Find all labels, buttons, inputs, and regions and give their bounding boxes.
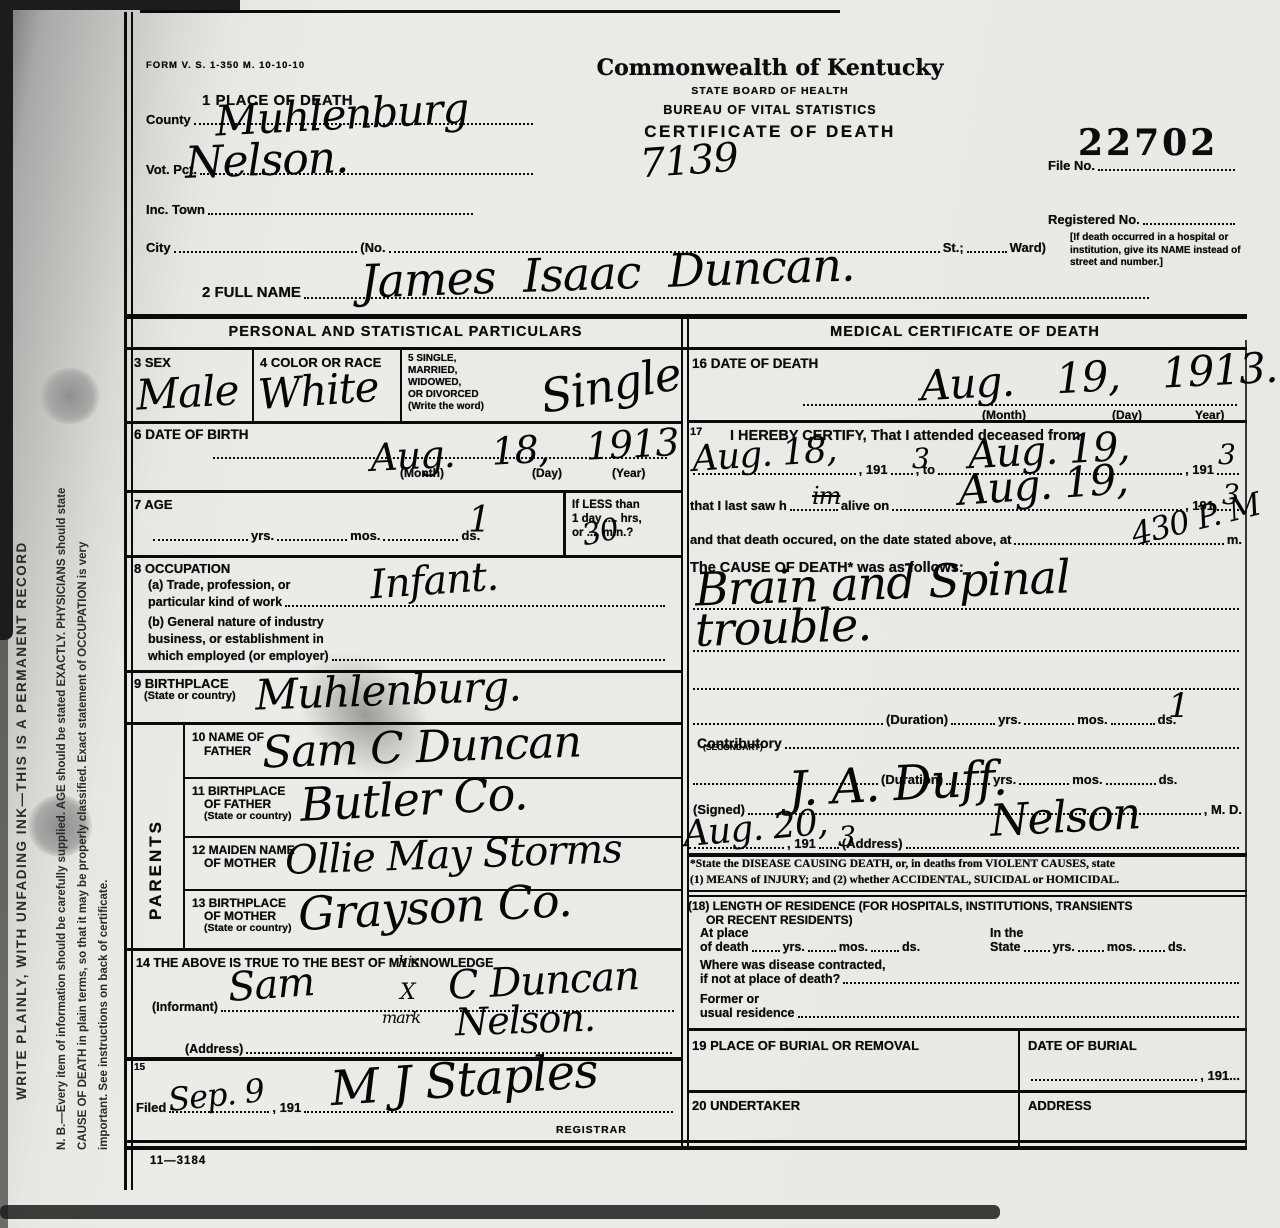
undertaker-label: 20 UNDERTAKER <box>692 1098 800 1113</box>
rule-line <box>124 1146 1247 1150</box>
father-name-label-line1: 10 NAME OF <box>192 730 264 744</box>
dotted-line <box>906 845 1239 849</box>
city-label: City <box>146 240 171 255</box>
mother-name-label-line1: 12 MAIDEN NAME <box>192 843 295 857</box>
death-certificate-scan: WRITE PLAINLY, WITH UNFADING INK—THIS IS… <box>0 0 1280 1228</box>
in-the-label-line2: State <box>990 940 1021 954</box>
margin-note-permanent-record: WRITE PLAINLY, WITH UNFADING INK—THIS IS… <box>14 270 29 1100</box>
death-occured-label: and that death occured, on the date stat… <box>690 532 1011 547</box>
rule-line <box>124 670 683 673</box>
father-birthplace-handwriting: Butler Co. <box>299 766 529 832</box>
rule-line <box>124 314 1247 319</box>
dotted-line <box>389 249 940 253</box>
duration-ds-label: ds. <box>1158 712 1177 727</box>
rule-line <box>252 349 254 423</box>
dotted-line <box>892 507 1182 511</box>
parents-vertical-label: PARENTS <box>146 770 166 920</box>
dotted-line <box>1014 541 1223 545</box>
dotted-line <box>891 471 913 475</box>
cause-line3 <box>690 686 1242 692</box>
dotted-line <box>843 980 1239 984</box>
rule-line <box>563 490 566 557</box>
mother-name-handwriting: Ollie May Storms <box>284 826 622 884</box>
contracted-label-line2: if not at place of death? <box>700 972 840 986</box>
burial-label: 19 PLACE OF BURIAL OR REMOVAL <box>692 1038 919 1053</box>
former-label-line1: Former or <box>700 992 759 1006</box>
rule-line <box>124 12 127 1190</box>
duration-row: (Duration) yrs. mos. ds. <box>690 712 1242 727</box>
duration2-label: (Duration) <box>881 772 943 787</box>
footnote-line1: *State the DISEASE CAUSING DEATH, or, in… <box>690 858 1115 870</box>
dotted-line <box>946 781 990 785</box>
dotted-line <box>693 606 1239 610</box>
cause-line1 <box>690 606 1242 612</box>
date-of-death-handwriting: Aug. 19, 1913. <box>919 343 1278 411</box>
age-mos-label: mos. <box>350 528 380 543</box>
dotted-line <box>1217 471 1239 475</box>
state-board-subtitle: STATE BOARD OF HEALTH <box>560 85 980 97</box>
margin-note-instructions: N. B.—Every item of information should b… <box>52 288 115 1150</box>
footnote-line2: (1) MEANS of INJURY; and (2) whether ACC… <box>690 874 1119 886</box>
occupation-b-line2: business, or establishment in <box>148 632 324 646</box>
margin-note-line2: CAUSE OF DEATH in plain terms, so that i… <box>73 288 94 1150</box>
dotted-line <box>200 171 533 175</box>
informant-label: (Informant) <box>152 1000 218 1014</box>
dotted-line <box>304 295 1149 299</box>
res-mos-label: mos. <box>839 940 868 954</box>
dotted-line <box>819 845 839 849</box>
duration-mos-label: mos. <box>1077 712 1107 727</box>
occupation-a-line1: (a) Trade, profession, or <box>148 578 290 592</box>
scan-edge-top <box>0 0 240 10</box>
rule-line <box>689 1090 1247 1093</box>
dotted-line <box>938 471 1182 475</box>
filed-label: Filed <box>136 1100 166 1115</box>
bureau-subtitle: BUREAU OF VITAL STATISTICS <box>560 103 980 117</box>
county-label: County <box>146 112 191 127</box>
full-name-label: 2 FULL NAME <box>202 284 301 301</box>
scan-edge-left <box>0 0 13 640</box>
rule-line <box>124 555 683 558</box>
alive-year-label: , 191 <box>1185 498 1214 513</box>
at-place-label-line1: At place <box>700 926 749 940</box>
contracted-row: if not at place of death? <box>700 972 1242 986</box>
burial-date-year-label: , 191... <box>1200 1068 1240 1083</box>
dotted-line <box>1143 221 1235 225</box>
father-name-label-line2: FATHER <box>204 744 251 758</box>
signed-label: (Signed) <box>693 802 745 817</box>
registered-no-row: Registered No. <box>1048 212 1238 227</box>
certificate-number-handwriting: 7139 <box>639 135 740 188</box>
dob-day-caption: (Day) <box>532 466 562 480</box>
rule-line <box>124 421 683 424</box>
rule-line <box>689 853 1247 857</box>
dotted-line <box>785 745 1239 749</box>
dotted-line <box>277 537 347 541</box>
inc-town-row: Inc. Town <box>146 202 476 217</box>
registrar-label: REGISTRAR <box>556 1124 627 1136</box>
rule-line <box>131 12 133 1190</box>
dotted-line <box>1098 167 1235 171</box>
father-birthplace-label-line2: OF FATHER <box>204 797 271 811</box>
to-label: , to <box>916 462 936 477</box>
dotted-line <box>693 721 883 725</box>
hospital-note: [If death occurred in a hospital or inst… <box>1070 232 1248 270</box>
duration2-ds-label: ds. <box>1159 772 1178 787</box>
age-line: yrs. mos. ds. <box>150 528 550 543</box>
rule-line <box>1018 1028 1020 1146</box>
scan-edge-left-lower <box>0 600 8 1228</box>
voting-precinct-label: Vot. Pct. <box>146 162 197 177</box>
file-no-row: File No. <box>1048 158 1238 173</box>
race-label: 4 COLOR OR RACE <box>260 355 381 370</box>
dotted-line <box>383 537 458 541</box>
dotted-line <box>221 1008 674 1012</box>
dotted-line <box>304 1109 673 1113</box>
md-label: , M. D. <box>1204 802 1242 817</box>
informant-row: (Informant) <box>152 1000 677 1014</box>
mother-birthplace-handwriting: Grayson Co. <box>297 873 573 941</box>
occupation-label: 8 OCCUPATION <box>134 561 230 576</box>
certify-text: I HEREBY CERTIFY, That I attended deceas… <box>730 428 1080 444</box>
certificate-of-death-title: CERTIFICATE OF DEATH <box>560 122 980 142</box>
occupation-b-line3: which employed (or employer) <box>148 649 329 663</box>
alive-on-label: alive on <box>841 498 889 513</box>
duration-label: (Duration) <box>886 712 948 727</box>
contributory-row: Contributory <box>697 735 1242 751</box>
dotted-line <box>1106 781 1156 785</box>
undertaker-address-label: ADDRESS <box>1028 1098 1092 1113</box>
filed-row: Filed , 191 <box>136 1100 676 1115</box>
dotted-line <box>693 781 878 785</box>
cause-line2 <box>690 648 1242 654</box>
duration-yrs-label: yrs. <box>998 712 1021 727</box>
age-label: 7 AGE <box>134 497 173 512</box>
age-less-than-label: If LESS than 1 day .... hrs, or .... min… <box>572 498 642 540</box>
mother-birthplace-label-line3: (State or country) <box>204 922 292 934</box>
dotted-line <box>748 811 1201 815</box>
county-row: County <box>146 112 536 127</box>
rule-line <box>689 890 1247 892</box>
dotted-line <box>1217 507 1239 511</box>
margin-note-line1: N. B.—Every item of information should b… <box>52 288 73 1150</box>
date-of-death-label: 16 DATE OF DEATH <box>692 356 818 371</box>
margin-note-line3: important. See instructions on back of c… <box>94 288 115 1150</box>
inc-town-label: Inc. Town <box>146 202 205 217</box>
res-yrs2-label: yrs. <box>1053 940 1075 954</box>
mother-birthplace-label-line1: 13 BIRTHPLACE <box>192 896 286 910</box>
dotted-line <box>194 121 533 125</box>
dotted-line <box>693 686 1239 690</box>
mother-birthplace-label-line2: OF MOTHER <box>204 909 276 923</box>
certify-dates-row: , 191 , to , 191 <box>690 462 1242 477</box>
sign-year-label: , 191 <box>787 836 816 851</box>
occupation-b-row: which employed (or employer) <box>148 649 668 663</box>
cause-of-death-label: The CAUSE OF DEATH* was as follows: <box>690 560 964 576</box>
in-state-row: State yrs. mos. ds. <box>990 940 1242 954</box>
file-no-label: File No. <box>1048 158 1095 173</box>
dotted-line <box>1024 948 1050 952</box>
race-handwriting: White <box>256 362 380 419</box>
dotted-line <box>752 948 780 952</box>
dotted-line <box>1031 1077 1197 1081</box>
res-ds-label: ds. <box>902 940 920 954</box>
last-saw-row: that I last saw h alive on , 191 <box>690 498 1242 513</box>
filed-section-number: 15 <box>134 1062 145 1073</box>
dotted-line <box>967 249 1007 253</box>
commonwealth-title: Commonwealth of Kentucky <box>560 55 980 81</box>
dotted-line <box>803 402 1237 406</box>
dotted-line <box>332 657 665 661</box>
age-ds-label: ds. <box>461 528 480 543</box>
rule-line <box>124 347 1247 350</box>
mother-name-label-line2: OF MOTHER <box>204 856 276 870</box>
res-mos2-label: mos. <box>1107 940 1136 954</box>
city-no-label: (No. <box>360 240 385 255</box>
rule-line <box>689 1028 1247 1031</box>
dotted-line <box>808 948 836 952</box>
full-name-row: 2 FULL NAME <box>202 284 1152 301</box>
residence-label-line1: (18) LENGTH OF RESIDENCE (FOR HOSPITALS,… <box>688 899 1132 913</box>
dotted-line <box>174 249 358 253</box>
father-birthplace-label-line1: 11 BIRTHPLACE <box>192 784 285 798</box>
last-saw-label: that I last saw h <box>690 498 787 513</box>
rule-line <box>689 420 1247 423</box>
sign-date-address-row: , 191 (Address) <box>686 836 1242 851</box>
dotted-line <box>689 845 784 849</box>
rule-line <box>140 10 840 13</box>
rule-line <box>124 948 683 951</box>
death-time-m-label: m. <box>1227 532 1242 547</box>
dotted-line <box>871 948 899 952</box>
rule-line <box>124 722 683 725</box>
res-ds2-label: ds. <box>1168 940 1186 954</box>
in-the-label-line1: In the <box>990 926 1023 940</box>
dob-label: 6 DATE OF BIRTH <box>134 427 249 442</box>
marital-label: 5 SINGLE, MARRIED, WIDOWED, OR DIVORCED … <box>408 353 484 413</box>
dotted-line <box>1078 948 1104 952</box>
at-place-row: of death yrs. mos. ds. <box>700 940 980 954</box>
rule-line <box>124 1140 1247 1143</box>
rule-line <box>124 490 683 493</box>
contracted-label-line1: Where was disease contracted, <box>700 958 886 972</box>
dotted-line <box>1139 948 1165 952</box>
plate-number: 11—3184 <box>150 1155 206 1167</box>
scan-edge-bottom <box>0 1205 1000 1219</box>
dotted-line <box>285 603 665 607</box>
dob-month-caption: (Month) <box>400 466 444 480</box>
dotted-line <box>169 1109 269 1113</box>
dotted-line <box>1019 781 1069 785</box>
birthplace-label-line2: (State or country) <box>144 690 236 702</box>
dotted-line <box>246 1050 672 1054</box>
dotted-line <box>693 471 856 475</box>
occupation-a-row: particular kind of work <box>148 595 668 609</box>
from-year-label: , 191 <box>859 462 888 477</box>
filed-year-label: , 191 <box>272 1100 301 1115</box>
burial-date-label: DATE OF BURIAL <box>1028 1038 1137 1053</box>
margin-note-outer-text: WRITE PLAINLY, WITH UNFADING INK—THIS IS… <box>14 541 29 1100</box>
dotted-line <box>798 1014 1240 1018</box>
form-number: FORM V. S. 1-350 M. 10-10-10 <box>146 60 305 71</box>
rule-line <box>183 836 683 838</box>
sex-label: 3 SEX <box>134 355 171 370</box>
sex-handwriting: Male <box>135 365 240 419</box>
medical-section-title: MEDICAL CERTIFICATE OF DEATH <box>690 324 1240 340</box>
dob-year-caption: (Year) <box>612 466 645 480</box>
to-year-label: , 191 <box>1185 462 1214 477</box>
former-label-line2: usual residence <box>700 1006 795 1020</box>
rule-line <box>689 895 1247 897</box>
birthplace-label-line1: 9 BIRTHPLACE <box>134 676 229 691</box>
city-ward-label: Ward) <box>1010 240 1046 255</box>
informant-address-label: (Address) <box>185 1042 243 1056</box>
dotted-line <box>951 721 995 725</box>
father-birthplace-label-line3: (State or country) <box>204 810 292 822</box>
place-of-death-label: 1 PLACE OF DEATH <box>202 92 353 109</box>
rule-line <box>124 1057 683 1061</box>
residence-label-line2: OR RECENT RESIDENTS) <box>706 913 853 927</box>
burial-date-row: , 191... <box>1028 1068 1240 1083</box>
sign-address-label: (Address) <box>842 836 903 851</box>
rule-line <box>400 349 402 423</box>
voting-precinct-row: Vot. Pct. <box>146 162 536 177</box>
city-row: City (No. St.; Ward) <box>146 240 1046 255</box>
rule-line <box>681 314 683 1150</box>
secondary-label: (SECONDARY) <box>703 742 763 752</box>
rule-line <box>687 314 689 1150</box>
duration2-row: (Duration) yrs. mos. ds. <box>690 772 1242 787</box>
dotted-line <box>790 507 838 511</box>
city-st-label: St.; <box>943 240 964 255</box>
dotted-line <box>208 211 473 215</box>
age-yrs-label: yrs. <box>251 528 274 543</box>
dotted-line <box>153 537 248 541</box>
duration2-mos-label: mos. <box>1072 772 1102 787</box>
certify-section-number: 17 <box>690 426 702 438</box>
informant-section-title: 14 THE ABOVE IS TRUE TO THE BEST OF MY K… <box>136 956 493 970</box>
dob-line <box>210 455 670 461</box>
voting-precinct-handwriting: Nelson. <box>184 132 349 189</box>
at-place-label-line2: of death <box>700 940 749 954</box>
personal-section-title: PERSONAL AND STATISTICAL PARTICULARS <box>133 324 678 340</box>
rule-line <box>183 777 683 779</box>
death-occured-row: and that death occured, on the date stat… <box>690 532 1242 547</box>
former-residence-row: usual residence <box>700 1006 1242 1020</box>
informant-address-row: (Address) <box>185 1042 675 1056</box>
dotted-line <box>693 648 1239 652</box>
res-yrs-label: yrs. <box>783 940 805 954</box>
occupation-a-line2: particular kind of work <box>148 595 282 609</box>
dotted-line <box>1024 721 1074 725</box>
duration2-yrs-label: yrs. <box>993 772 1016 787</box>
dotted-line <box>213 455 667 459</box>
signed-row: (Signed) , M. D. <box>693 802 1242 817</box>
registered-no-label: Registered No. <box>1048 212 1140 227</box>
rule-line <box>183 889 683 891</box>
dotted-line <box>1111 721 1155 725</box>
marital-handwriting: Single <box>536 346 684 424</box>
occupation-b-line1: (b) General nature of industry <box>148 615 324 629</box>
